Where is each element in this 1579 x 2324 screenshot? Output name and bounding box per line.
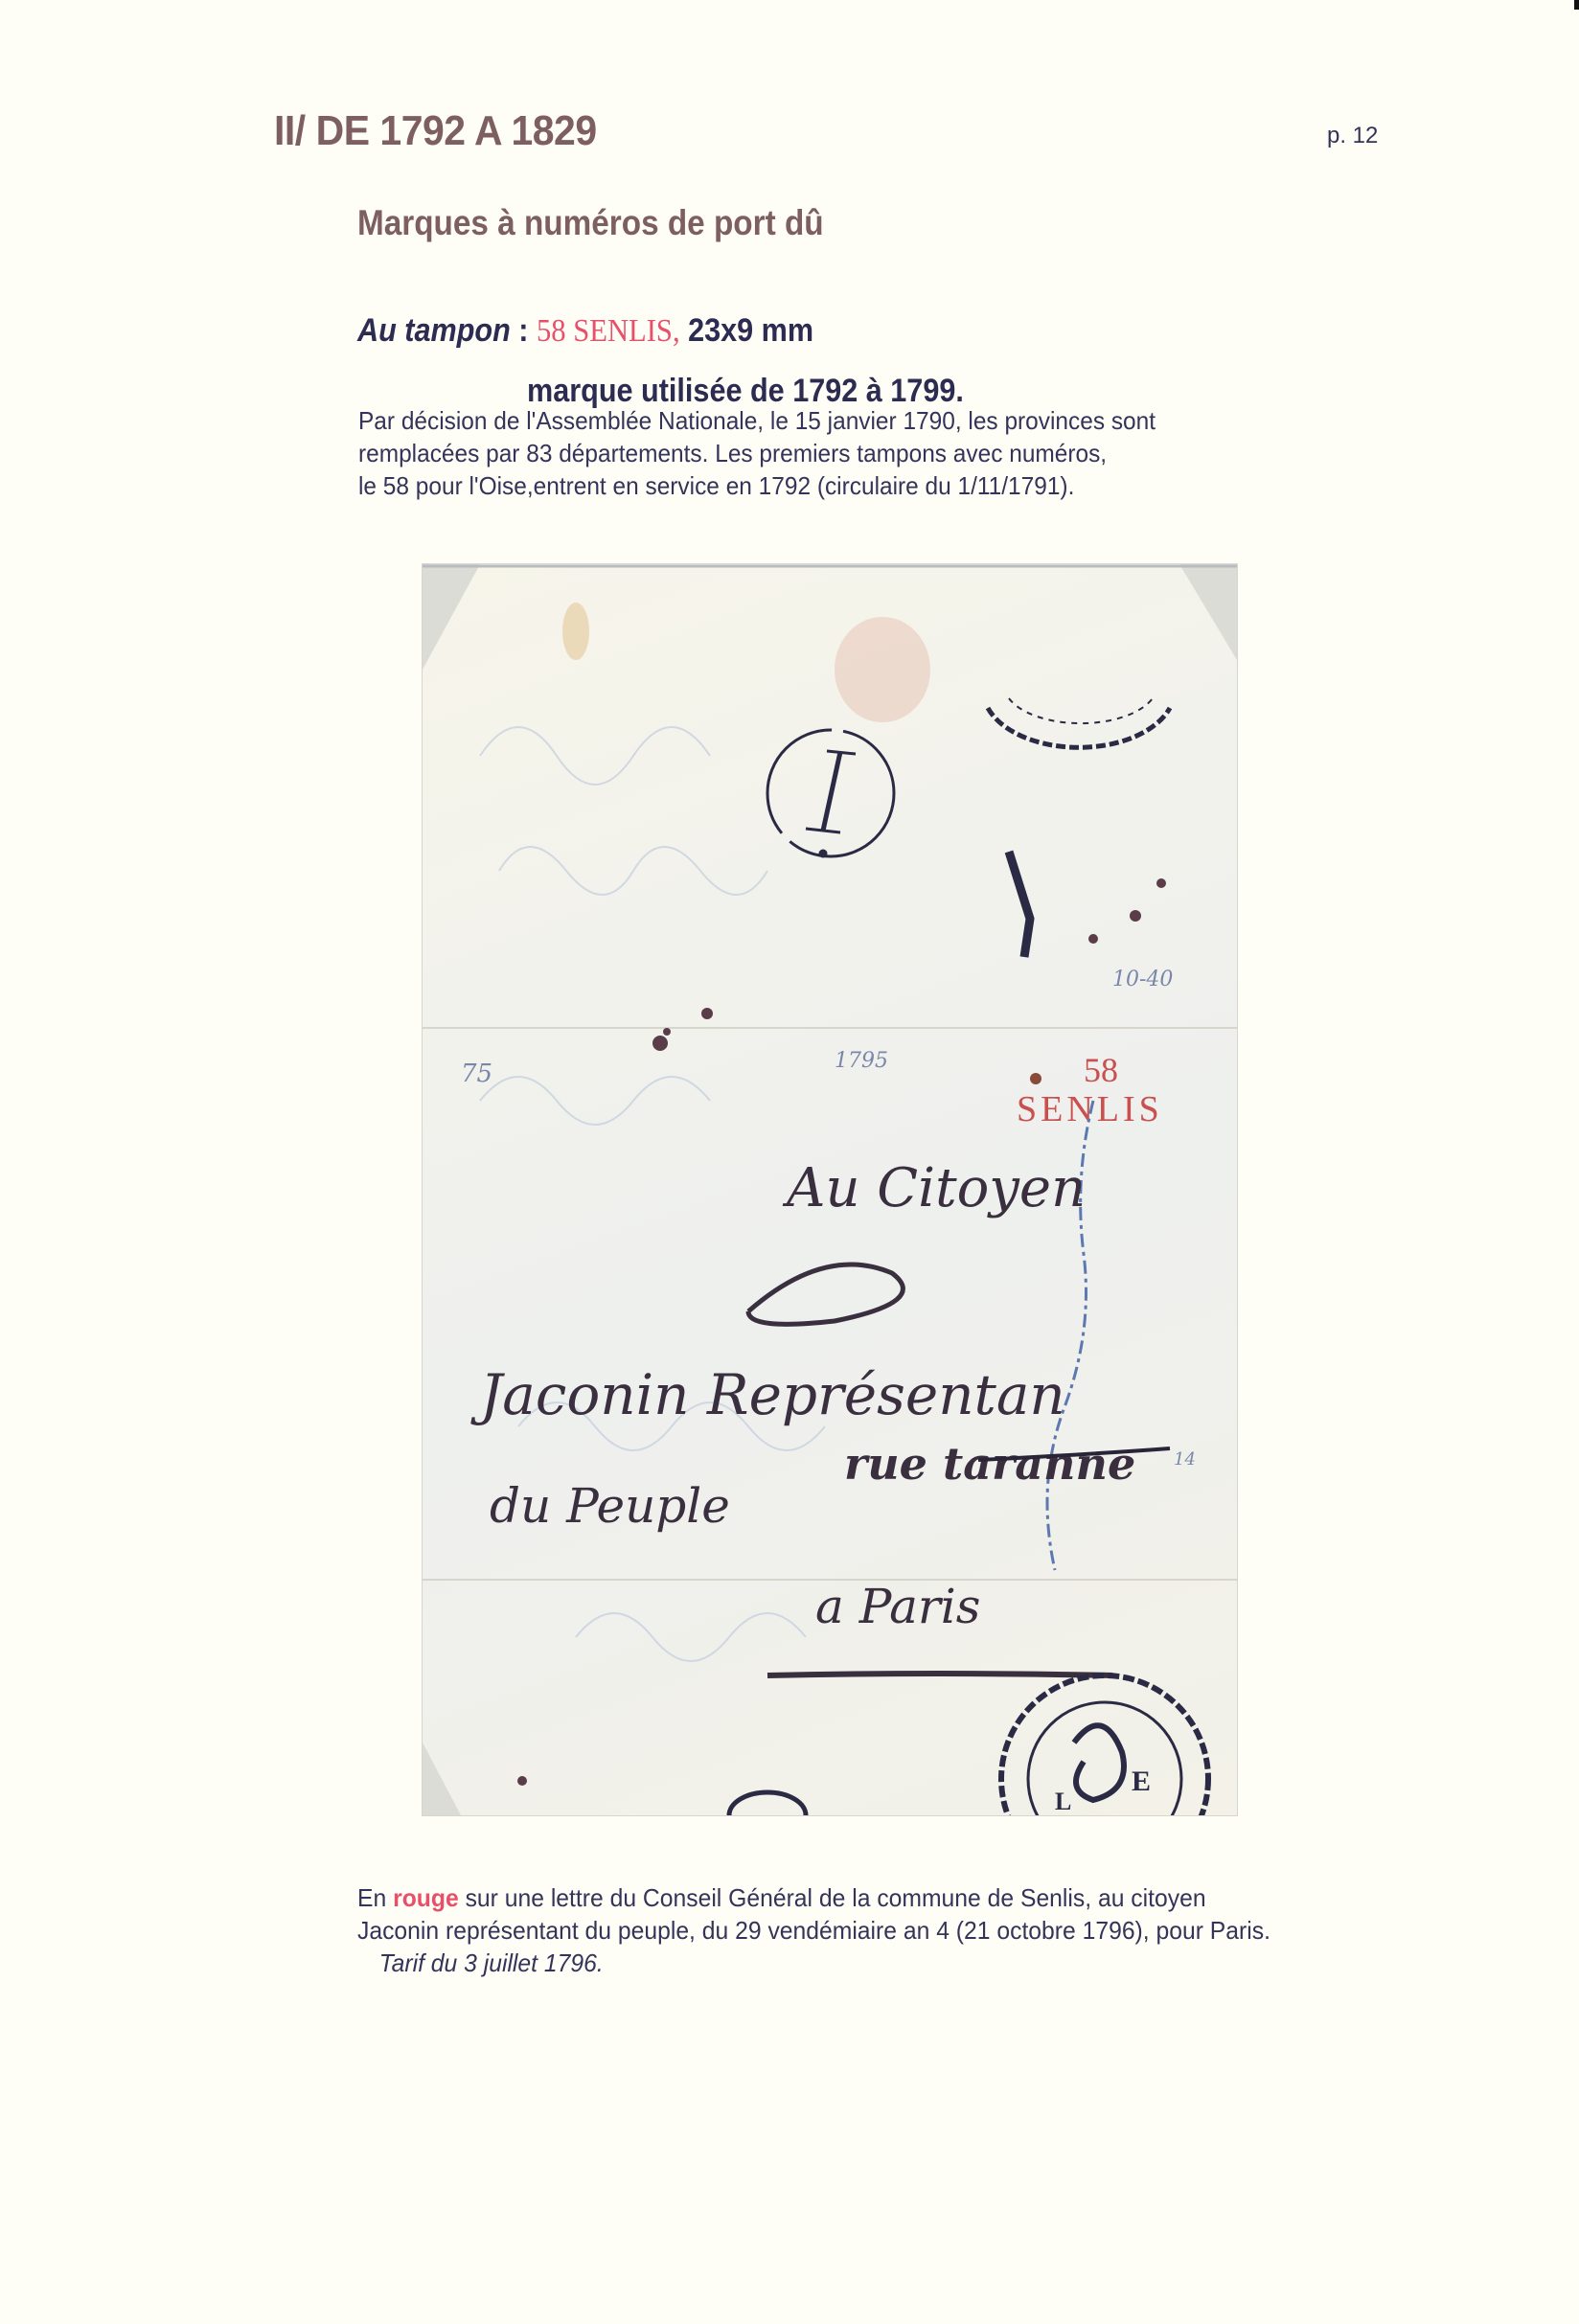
letter-artwork: 58 SENLIS 75 1795 10-40 14 Au Citoyen Ja… [423, 564, 1237, 1815]
image-caption: En rouge sur une lettre du Conseil Génér… [357, 1881, 1270, 1979]
stain [835, 617, 930, 722]
svg-text:Au Citoyen: Au Citoyen [782, 1157, 1086, 1219]
scan-edge-mark [1574, 0, 1579, 10]
subtitle: Marques à numéros de port dû [357, 203, 824, 243]
address-handwriting: Au Citoyen Jaconin Représentan du Peuple… [470, 1157, 1135, 1634]
svg-text:du Peuple: du Peuple [490, 1478, 730, 1534]
circle-stamp-I [767, 730, 894, 856]
stamp-description: Au tampon : 58 SENLIS, 23x9 mm [357, 312, 813, 350]
caption-line-1: En rouge sur une lettre du Conseil Génér… [357, 1881, 1270, 1914]
pencil-note: 1795 [835, 1049, 888, 1073]
intro-line: le 58 pour l'Oise,entrent en service en … [358, 469, 1156, 502]
red-mark-58-senlis: 58 SENLIS [1017, 1051, 1163, 1129]
paraph-flourish [748, 1265, 903, 1324]
svg-text:Jaconin Représentan: Jaconin Représentan [470, 1362, 1065, 1427]
tax-mark-1 [1009, 852, 1030, 957]
stamp-dimensions: 23x9 mm [680, 312, 814, 349]
pencil-note: 75 [461, 1059, 492, 1088]
page-number: p. 12 [1327, 123, 1378, 149]
caption-highlight-rouge: rouge [393, 1883, 459, 1912]
pencil-note: 14 [1174, 1449, 1196, 1470]
round-seal-stamp: E L [1001, 1675, 1208, 1815]
mount-corner-top-left [423, 564, 480, 670]
stain [562, 603, 589, 660]
intro-paragraph: Par décision de l'Assemblée Nationale, l… [358, 404, 1156, 502]
caption-tarif: Tarif du 3 juillet 1796. [357, 1947, 1270, 1979]
pencil-note: 10-40 [1112, 968, 1173, 991]
caption-line-2: Jaconin représentant du peuple, du 29 ve… [357, 1914, 1270, 1947]
stamp-label: Au tampon [357, 312, 511, 349]
intro-line: remplacées par 83 départements. Les prem… [358, 437, 1156, 469]
ink-spots [517, 878, 1166, 1786]
svg-text:58: 58 [1084, 1051, 1118, 1089]
address-underline [767, 1674, 1112, 1675]
svg-text:L: L [1055, 1788, 1071, 1815]
intro-line: Par décision de l'Assemblée Nationale, l… [358, 404, 1156, 437]
svg-text:a Paris: a Paris [815, 1579, 980, 1634]
svg-text:E: E [1132, 1766, 1151, 1797]
mount-corner-bottom-left [423, 1743, 461, 1815]
partial-stamp-bottom [729, 1792, 806, 1815]
mount-corner-top-right [1179, 564, 1237, 660]
partial-date-stamp [988, 708, 1170, 747]
stamp-mark-name: 58 SENLIS, [537, 313, 680, 349]
stamp-separator: : [511, 312, 537, 349]
section-title: II/ DE 1792 A 1829 [274, 107, 597, 155]
ink-spot [1030, 1073, 1041, 1084]
svg-text:rue taranne: rue taranne [844, 1438, 1135, 1490]
letter-scan-image: 58 SENLIS 75 1795 10-40 14 Au Citoyen Ja… [423, 564, 1237, 1815]
